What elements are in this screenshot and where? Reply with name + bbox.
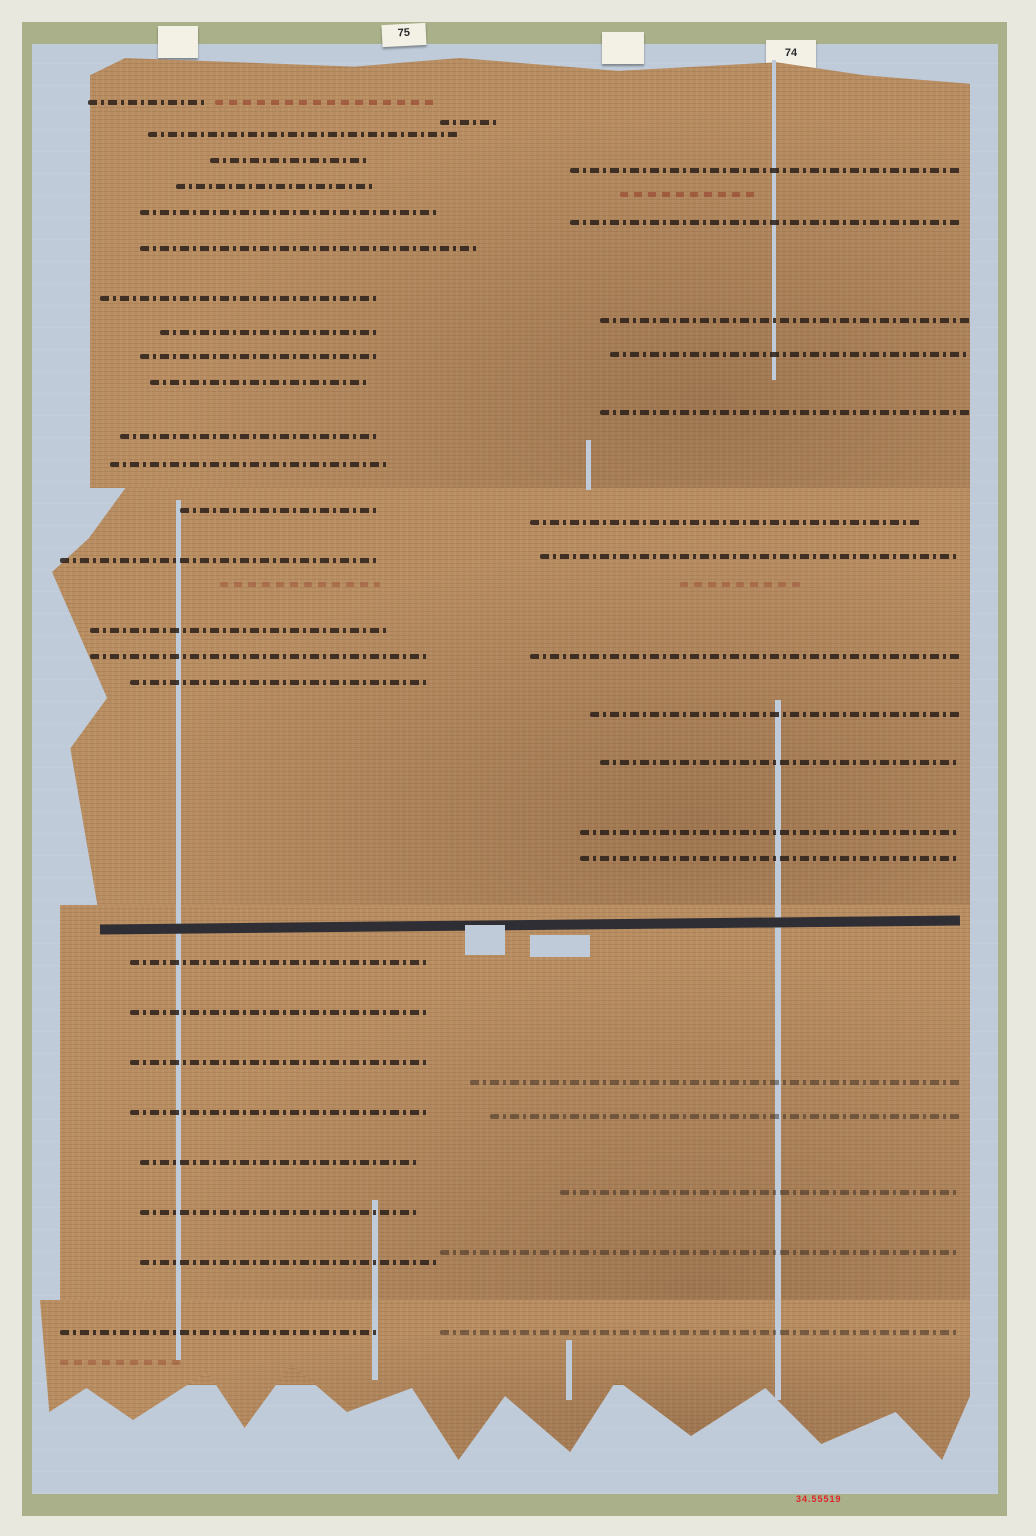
accession-number: 34.55519 <box>796 1494 880 1508</box>
mount-label-center <box>602 32 644 64</box>
mount-label-75: 75 <box>381 23 426 47</box>
mount-label-left <box>158 26 198 58</box>
